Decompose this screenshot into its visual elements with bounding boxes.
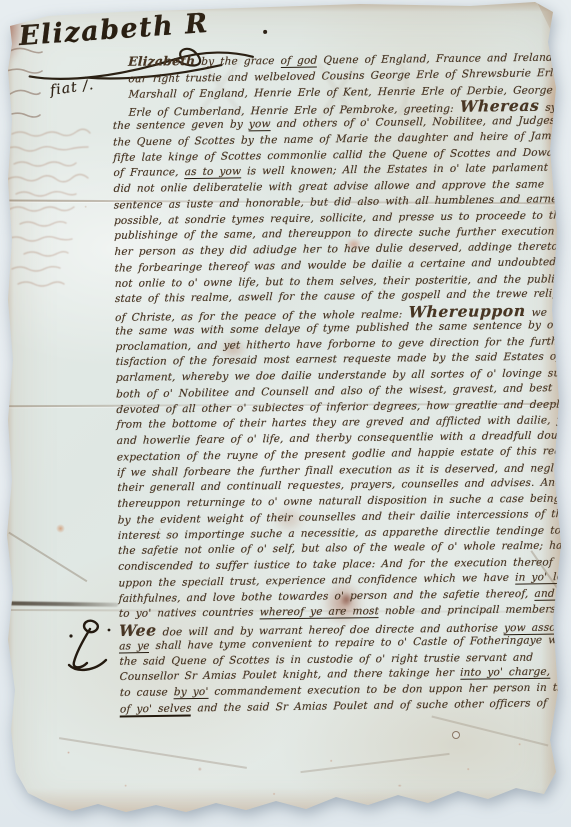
stain	[0, 788, 571, 820]
ink-dot	[263, 30, 267, 34]
crease-line	[9, 532, 88, 582]
text-run: commandement execution to be don uppon h…	[208, 681, 571, 698]
crease-line	[300, 753, 449, 773]
text-run: of Fraunce,	[113, 166, 185, 179]
text-run: sythens	[539, 101, 571, 114]
paper-hole	[452, 731, 460, 739]
underlined-phrase: as to yow	[184, 166, 241, 180]
underlined-phrase: whereof ye are most	[259, 605, 379, 619]
underlined-phrase: of god	[280, 54, 317, 67]
text-run: to yo' natives countries	[119, 607, 260, 620]
verso-showthrough	[2, 126, 116, 308]
stain	[56, 524, 65, 533]
ink-smear	[0, 601, 118, 607]
stain	[0, 0, 571, 12]
text-run: noble and principall members:	[379, 604, 560, 618]
underlined-phrase: of yo' selves	[120, 702, 192, 717]
text-run: the safetie not onlie of o' self, but al…	[118, 540, 571, 558]
secretary-paraph-mark	[66, 616, 114, 674]
page-wrapper: Elizabeth R fiat /. Elizabeth by the gra…	[0, 0, 571, 827]
text-run: by the grace	[195, 55, 281, 68]
text-run: to cause	[120, 686, 175, 699]
parchment-page: Elizabeth R fiat /. Elizabeth by the gra…	[0, 0, 571, 827]
stain	[0, 0, 14, 827]
text-run: Wee	[119, 620, 157, 639]
text-run: Quene of England, Fraunce and Ireland &c…	[317, 51, 571, 66]
scanned-manuscript-scene: Elizabeth R fiat /. Elizabeth by the gra…	[0, 0, 571, 827]
text-run: Elizabeth	[128, 53, 196, 69]
underlined-phrase: yow	[249, 118, 271, 131]
crease-line	[59, 737, 247, 768]
underlined-phrase: in yo' loyalties	[515, 570, 571, 584]
text-run: Counsellor Sr Amias Poulet knight, and t…	[119, 667, 460, 683]
text-run: is well knowen; All the Estates in o' la…	[241, 161, 571, 178]
manuscript-lines: Elizabeth by the grace of god Quene of E…	[112, 51, 560, 718]
crease-line	[432, 716, 549, 746]
text-run: tisfaction of the foresaid most earnest …	[116, 351, 571, 369]
underlined-phrase: into yo' charge,	[460, 666, 551, 680]
text-run: the sentence geven by	[113, 118, 249, 132]
underlined-phrase: as ye	[119, 640, 150, 653]
underlined-phrase: and also	[534, 587, 571, 601]
underlined-phrase: by yo'	[174, 686, 209, 699]
text-run: and others of o' Counsell, Nobilitee, an…	[270, 114, 571, 130]
text-run: we did thinke	[525, 306, 571, 319]
